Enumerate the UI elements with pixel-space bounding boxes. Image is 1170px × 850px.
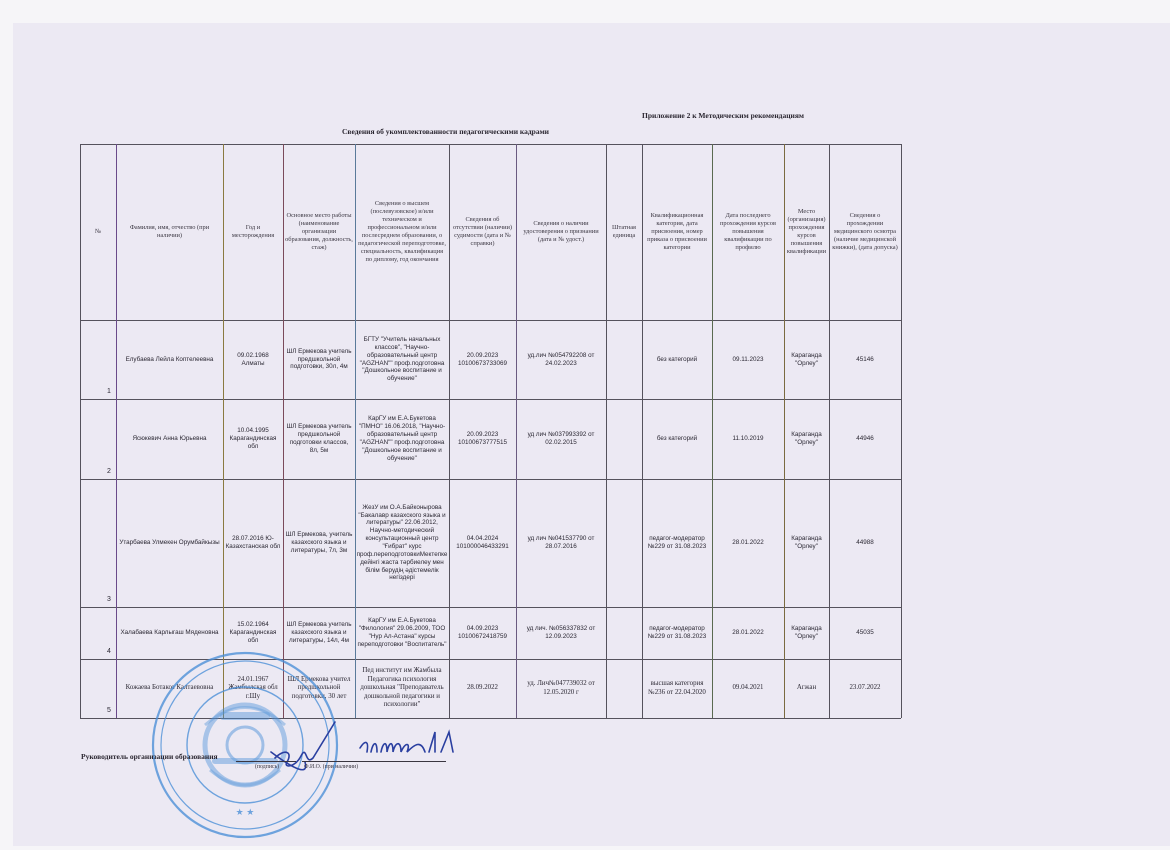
header-medical: Сведения о прохождении медицинского осмо… [829, 144, 901, 320]
cell-medical: 45146 [829, 320, 901, 399]
cell-birth: 10.04.1995 Карагандинская обл [223, 399, 283, 479]
header-category: Квалификационная категория, дата присвое… [642, 144, 712, 320]
table-column-border [901, 144, 902, 718]
name-caption: Ф.И.О. (при наличии) [304, 764, 358, 770]
cell-course-date: 28.01.2022 [712, 607, 784, 659]
header-education: Сведения о высшем (послевузовское) и/или… [355, 144, 449, 320]
header-course-date: Дата последнего прохождения курсов повыш… [712, 144, 784, 320]
row-number: 5 [107, 707, 111, 714]
cell-staff-unit [606, 659, 642, 718]
svg-text:★ ★: ★ ★ [236, 807, 255, 817]
cell-category: высшая категория №236 от 22.04.2020 [642, 659, 712, 718]
cell-work: ШЛ Ермекова учитель предшкольной подгото… [283, 320, 355, 399]
cell-certificate: уд лич №037993392 от 02.02.2015 [516, 399, 606, 479]
cell-criminal: 04.09.2023 10100672418759 [449, 607, 516, 659]
cell-certificate: уд.лич №054792208 от 24.02.2023 [516, 320, 606, 399]
cell-medical: 44946 [829, 399, 901, 479]
cell-category: без категорий [642, 399, 712, 479]
cell-education: БГТУ "Учитель начальных классов", "Научн… [355, 320, 449, 399]
header-workplace: Основное место работы (наименование орга… [283, 144, 355, 320]
cell-course-place: Караганда "Орлеу" [784, 479, 829, 607]
header-number: № [80, 144, 116, 320]
cell-staff-unit [606, 399, 642, 479]
cell-medical: 23.07.2022 [829, 659, 901, 718]
cell-education: Пед институт им Жамбыла Педагогика психо… [355, 659, 449, 718]
cell-work: ШЛ Ермекова, учитель казахского языка и … [283, 479, 355, 607]
cell-course-date: 09.11.2023 [712, 320, 784, 399]
cell-course-date: 11.10.2019 [712, 399, 784, 479]
cell-education: КарГУ им Е.А.Букетова "Филология" 29.06.… [355, 607, 449, 659]
cell-criminal: 20.09.2023 10100673733069 [449, 320, 516, 399]
header-criminal-record: Сведения об отсутствии (наличии) судимос… [449, 144, 516, 320]
row-number: 2 [107, 468, 111, 475]
cell-education: ЖезУ им О.А.Байконырова "Бакалавр казахс… [355, 479, 449, 607]
cell-course-place: Агжан [784, 659, 829, 718]
cell-staff-unit [606, 607, 642, 659]
cell-birth: 09.02.1968 Алматы [223, 320, 283, 399]
signature-icon [265, 718, 465, 778]
cell-staff-unit [606, 479, 642, 607]
name-line [302, 761, 446, 762]
header-course-place: Место (организация) прохождения курсов п… [784, 144, 829, 320]
cell-work: ШЛ Ермекова учитель предшкольной подгото… [283, 399, 355, 479]
header-birth: Год и месторождения [223, 144, 283, 320]
cell-certificate: уд лич №041537790 от 28.07.2016 [516, 479, 606, 607]
cell-name: Ясюкевич Анна Юрьевна [116, 399, 223, 479]
row-number: 3 [107, 596, 111, 603]
cell-course-place: Караганда "Орлеу" [784, 320, 829, 399]
cell-name: Утарбаева Улмекен Орумбайкызы [116, 479, 223, 607]
cell-course-date: 28.01.2022 [712, 479, 784, 607]
cell-category: педагог-модератор №229 от 31.08.2023 [642, 479, 712, 607]
row-number: 1 [107, 388, 111, 395]
cell-criminal: 20.09.2023 10100673777515 [449, 399, 516, 479]
cell-course-place: Караганда "Орлеу" [784, 607, 829, 659]
cell-criminal: 04.04.2024 101000046433291 [449, 479, 516, 607]
cell-category: педагог-модератор №229 от 31.08.2023 [642, 607, 712, 659]
cell-name: Елубаева Лейла Коптелеевна [116, 320, 223, 399]
row-number: 4 [107, 648, 111, 655]
document-title: Сведения об укомплектованности педагогич… [342, 127, 549, 136]
header-full-name: Фамилия, имя, отчество (при наличии) [116, 144, 223, 320]
cell-birth: 28.07.2016 Ю-Казахстанская обл [223, 479, 283, 607]
cell-certificate: уд лич. №056337832 от 12.09.2023 [516, 607, 606, 659]
signer-label: Руководитель организации образования [81, 752, 218, 761]
cell-category: без категорий [642, 320, 712, 399]
cell-education: КарГУ им Е.А.Букетова "ПМНО" 16.06.2018,… [355, 399, 449, 479]
header-staff-unit: Штатная единица [606, 144, 642, 320]
cell-certificate: уд. Лич№047739032 от 12.05.2020 г [516, 659, 606, 718]
cell-medical: 44988 [829, 479, 901, 607]
signature-caption: (подпись) [255, 764, 279, 770]
annex-note: Приложение 2 к Методическим рекомендация… [642, 111, 804, 120]
cell-medical: 45035 [829, 607, 901, 659]
staff-table: №Фамилия, имя, отчество (при наличии)Год… [80, 144, 901, 718]
signature-line [236, 761, 296, 762]
cell-staff-unit [606, 320, 642, 399]
cell-criminal: 28.09.2022 [449, 659, 516, 718]
cell-course-place: Караганда "Орлеу" [784, 399, 829, 479]
header-certificate: Сведения о наличии удостоверения о призн… [516, 144, 606, 320]
cell-course-date: 09.04.2021 [712, 659, 784, 718]
